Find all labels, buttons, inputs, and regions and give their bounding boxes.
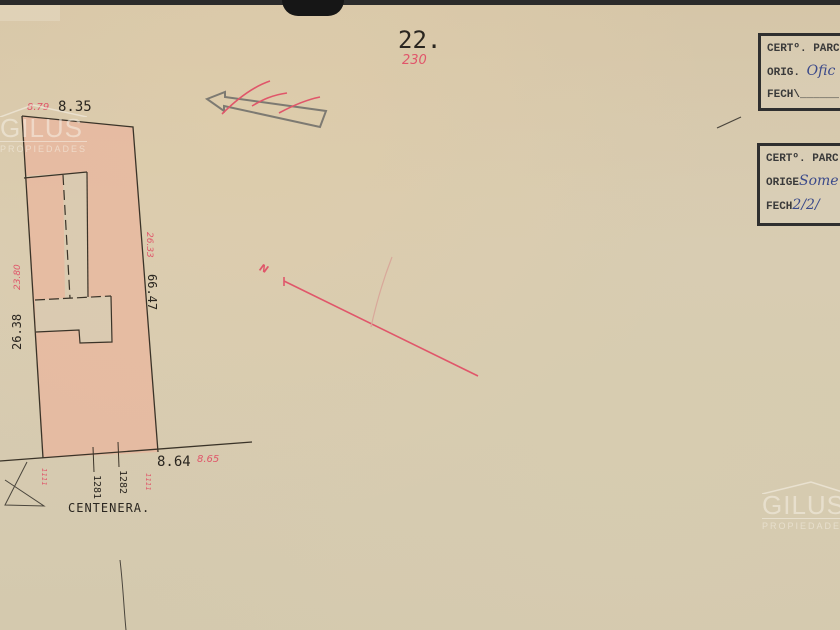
bottom-mid-measure-2: 1282 bbox=[117, 470, 128, 494]
watermark-logo-left: GILUS PROPIEDADES bbox=[0, 115, 87, 154]
bottom-black-measure: 8.64 bbox=[157, 454, 191, 470]
north-arrow-icon: N bbox=[257, 257, 478, 376]
watermark-brand: GILUS bbox=[0, 115, 87, 141]
bottom-red-small-2: 1111 bbox=[144, 473, 152, 491]
direction-arrow-icon bbox=[207, 81, 326, 127]
stamp-2-line-2: ORIGESome bbox=[766, 170, 838, 194]
stamp-2-line-3: FECH2/2/ bbox=[766, 194, 838, 218]
certificate-stamp-2: CERTº. PARC ORIGESome FECH2/2/ bbox=[757, 143, 840, 226]
right-red-measure: 26.33 bbox=[144, 232, 154, 258]
certificate-stamp-1: CERTº. PARC ORIG. Ofic FECH\______ bbox=[758, 33, 840, 111]
bottom-red-small-1: 1111 bbox=[40, 468, 48, 486]
page-number: 22. bbox=[398, 26, 441, 54]
lot-area bbox=[22, 116, 158, 458]
bottom-red-measure: 8.65 bbox=[197, 454, 219, 465]
plan-drawing: 8.79 8.35 23.80 26.38 26.33 66.47 8.64 8… bbox=[0, 0, 840, 630]
bottom-mid-measure-1: 1281 bbox=[91, 475, 102, 499]
stamp-1-line-3: FECH\______ bbox=[767, 84, 839, 106]
page-number-red: 230 bbox=[402, 53, 427, 68]
right-black-measure: 66.47 bbox=[145, 274, 159, 310]
watermark-brand: GILUS bbox=[762, 492, 840, 518]
north-label: N bbox=[257, 263, 270, 277]
watermark-logo-right: GILUS PROPIEDADES bbox=[762, 492, 840, 531]
house-roof-icon bbox=[762, 480, 840, 494]
stamp-2-line-1: CERTº. PARC bbox=[766, 148, 838, 170]
stamp-1-line-1: CERTº. PARC bbox=[767, 38, 839, 60]
house-roof-icon bbox=[0, 103, 87, 117]
stamp-1-line-2: ORIG. Ofic bbox=[767, 60, 839, 84]
left-red-measure: 23.80 bbox=[13, 264, 23, 290]
street-name: CENTENERA. bbox=[68, 501, 150, 515]
left-black-measure: 26.38 bbox=[10, 314, 24, 350]
